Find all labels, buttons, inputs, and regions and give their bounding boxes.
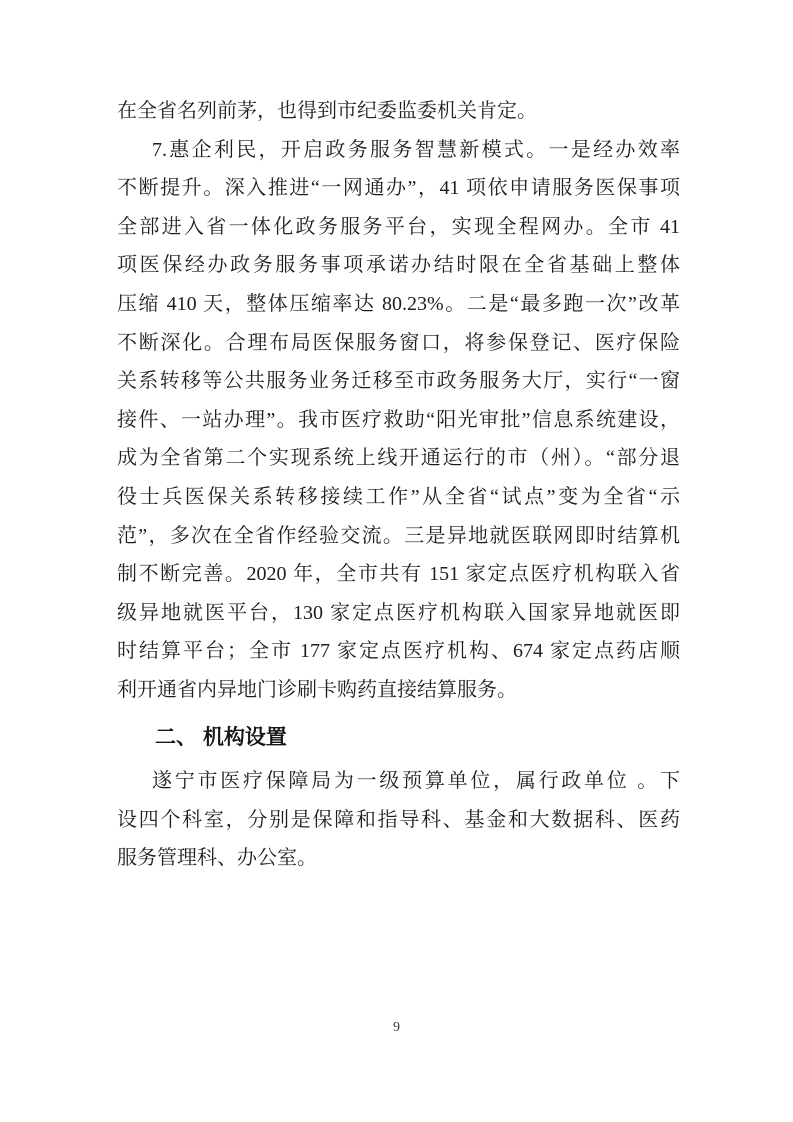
page-number: 9 xyxy=(0,1020,793,1036)
body-line: 不断深化。合理布局医保服务窗口，将参保登记、医疗保险 xyxy=(117,324,680,363)
body-line: 设四个科室，分别是保障和指导科、基金和大数据科、医药 xyxy=(117,801,680,840)
body-line: 成为全省第二个实现系统上线开通运行的市（州）。“部分退 xyxy=(117,439,680,478)
body-line: 范”，多次在全省作经验交流。三是异地就医联网即时结算机 xyxy=(117,517,680,556)
body-line: 遂宁市医疗保障局为一级预算单位，属行政单位 。下 xyxy=(117,762,680,801)
body-line: 接件、一站办理”。我市医疗救助“阳光审批”信息系统建设， xyxy=(117,401,680,440)
body-line: 时结算平台；全市 177 家定点医疗机构、674 家定点药店顺 xyxy=(117,632,680,671)
body-line: 在全省名列前茅，也得到市纪委监委机关肯定。 xyxy=(117,92,680,131)
body-line: 级异地就医平台，130 家定点医疗机构联入国家异地就医即 xyxy=(117,594,680,633)
body-line: 制不断完善。2020 年，全市共有 151 家定点医疗机构联入省 xyxy=(117,555,680,594)
body-line: 全部进入省一体化政务服务平台，实现全程网办。全市 41 xyxy=(117,208,680,247)
body-line: 7.惠企利民，开启政务服务智慧新模式。一是经办效率 xyxy=(117,131,680,170)
body-line: 利开通省内异地门诊刷卡购药直接结算服务。 xyxy=(117,671,680,710)
body-line: 项医保经办政务服务事项承诺办结时限在全省基础上整体 xyxy=(117,246,680,285)
body-line: 服务管理科、办公室。 xyxy=(117,839,680,878)
body-line: 不断提升。深入推进“一网通办”，41 项依申请服务医保事项 xyxy=(117,169,680,208)
body-line: 关系转移等公共服务业务迁移至市政务服务大厅，实行“一窗 xyxy=(117,362,680,401)
body-line: 役士兵医保关系转移接续工作”从全省“试点”变为全省“示 xyxy=(117,478,680,517)
paragraph-continuation: 在全省名列前茅，也得到市纪委监委机关肯定。 xyxy=(117,92,680,131)
body-line: 压缩 410 天，整体压缩率达 80.23%。二是“最多跑一次”改革 xyxy=(117,285,680,324)
section-heading: 二、 机构设置 xyxy=(117,719,680,758)
paragraph-item-7: 7.惠企利民，开启政务服务智慧新模式。一是经办效率 不断提升。深入推进“一网通办… xyxy=(117,131,680,710)
document-body: 在全省名列前茅，也得到市纪委监委机关肯定。 7.惠企利民，开启政务服务智慧新模式… xyxy=(117,92,680,878)
paragraph-org-setup: 遂宁市医疗保障局为一级预算单位，属行政单位 。下 设四个科室，分别是保障和指导科… xyxy=(117,762,680,878)
document-page: 在全省名列前茅，也得到市纪委监委机关肯定。 7.惠企利民，开启政务服务智慧新模式… xyxy=(0,0,793,1122)
